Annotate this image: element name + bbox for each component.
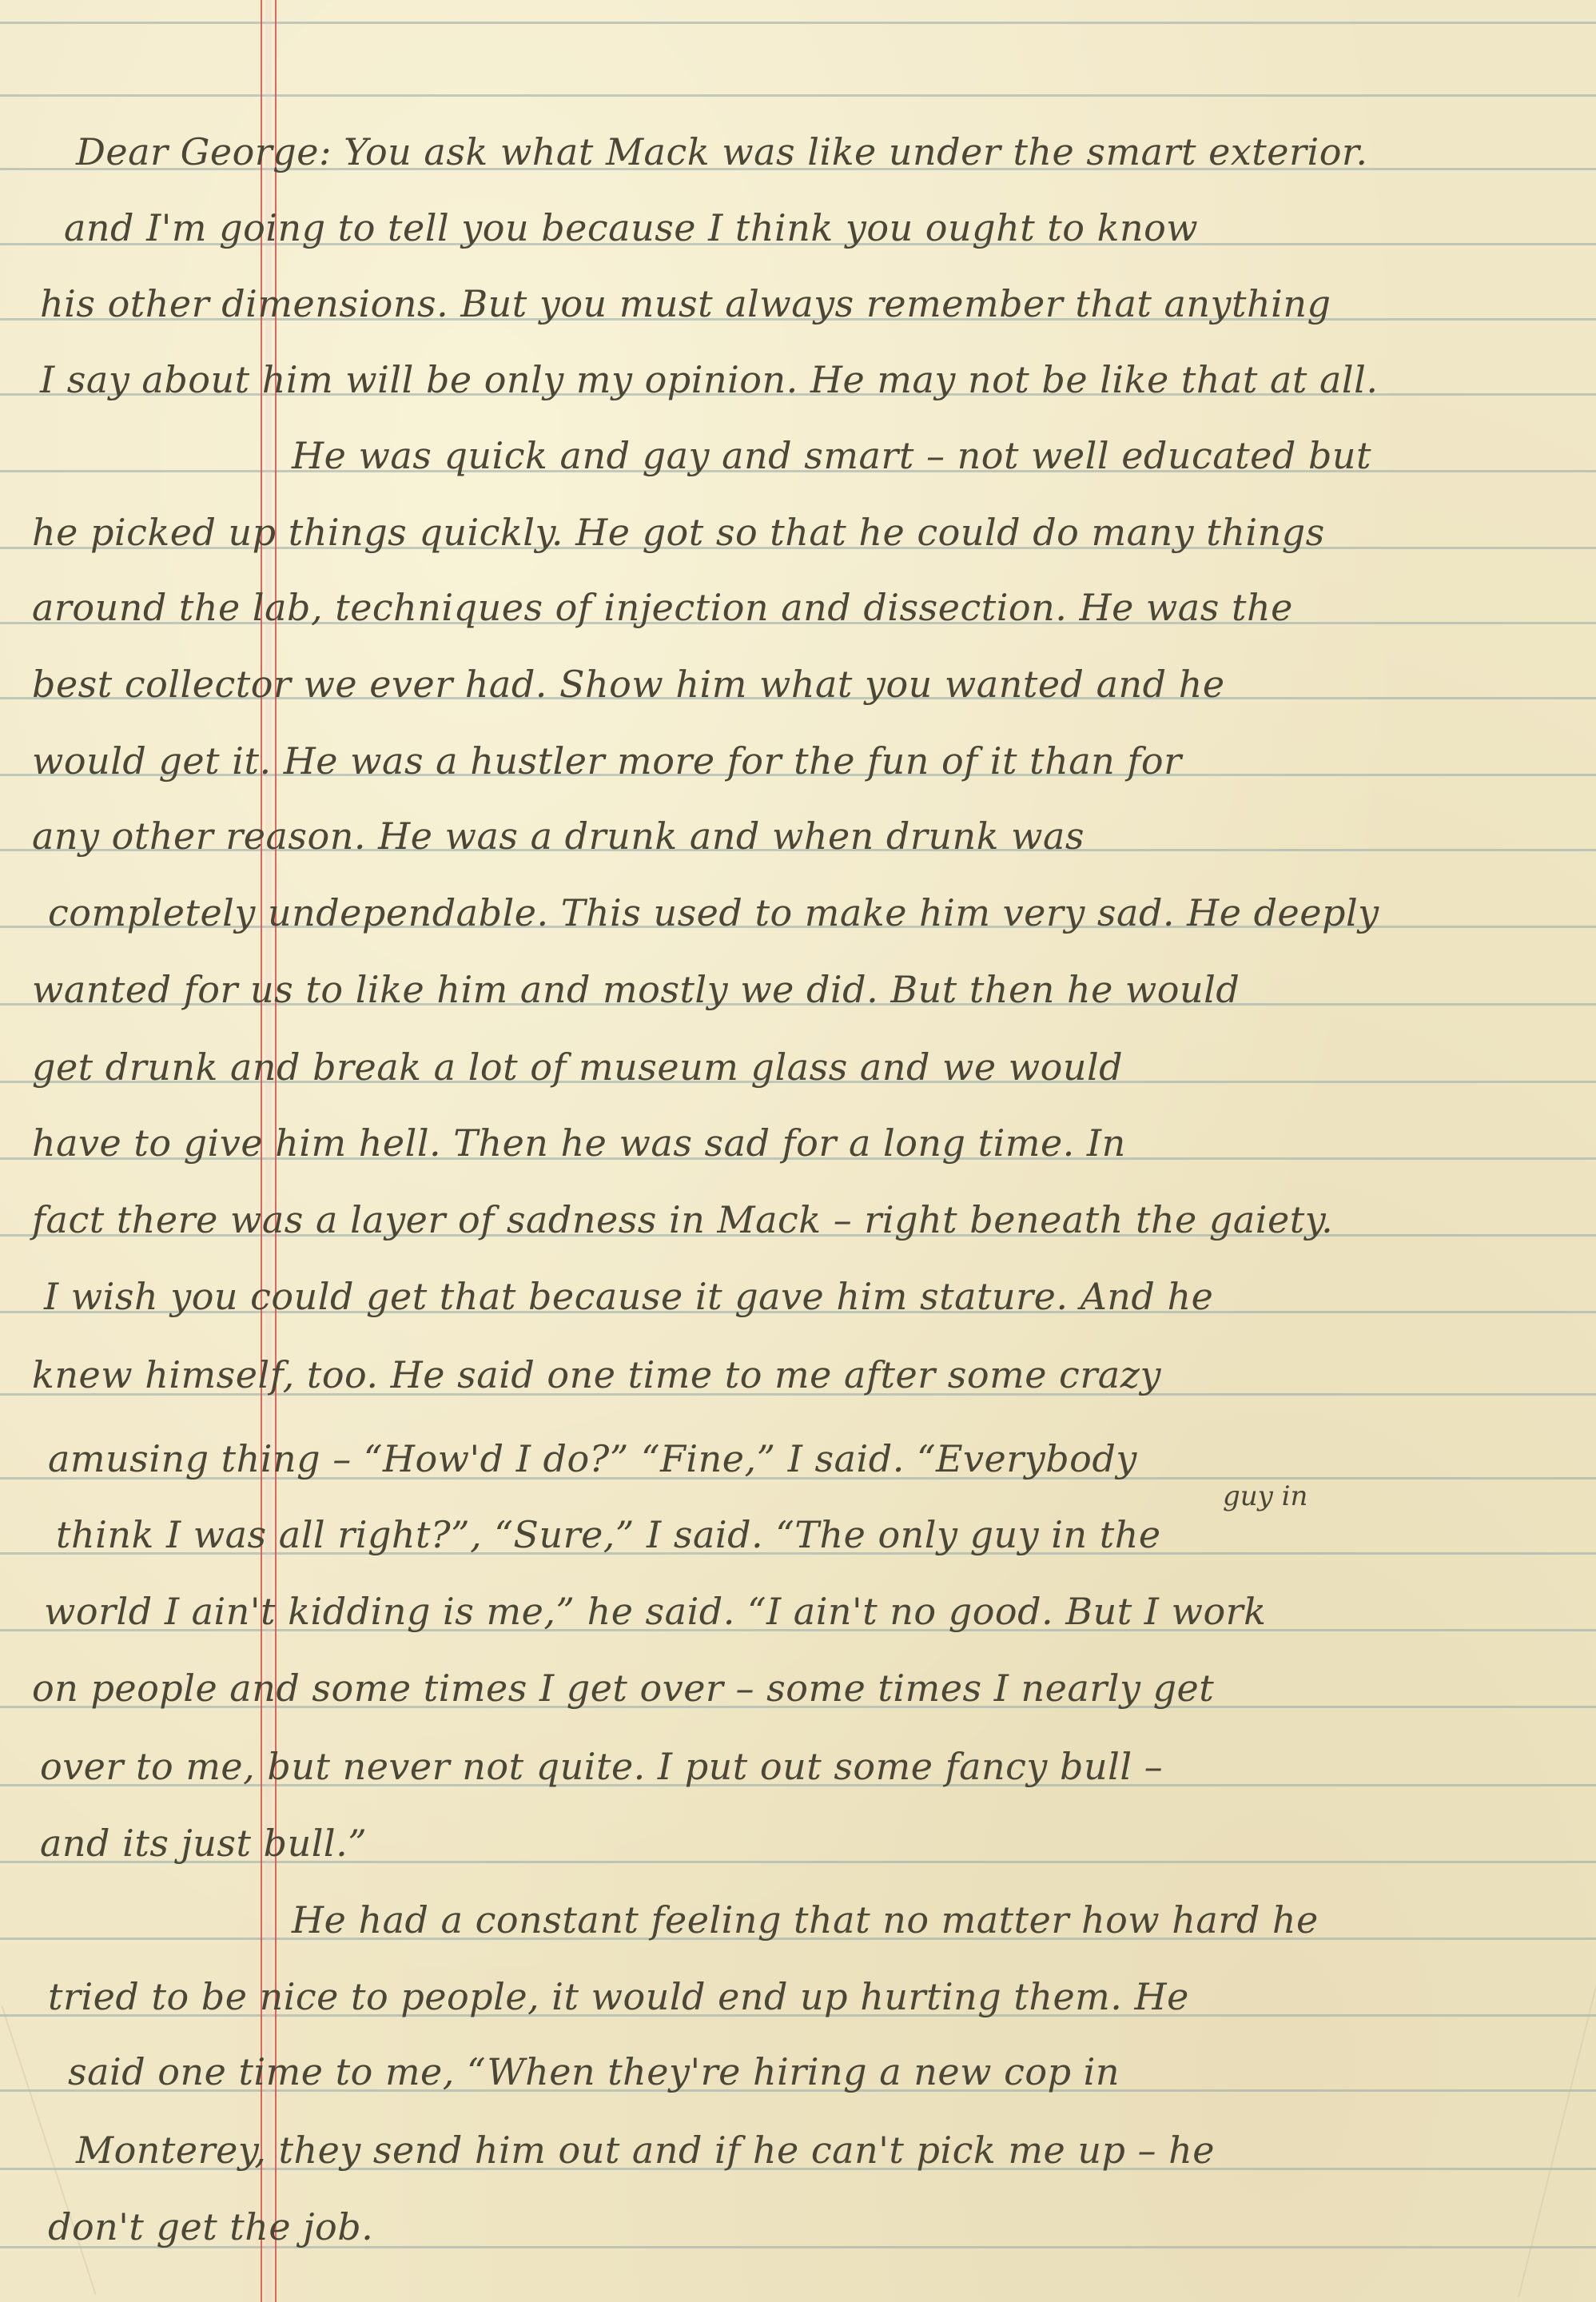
text-line: his other dimensions. But you must alway… (40, 280, 1572, 328)
text-line: get drunk and break a lot of museum glas… (32, 1043, 1572, 1091)
text-line: he picked up things quickly. He got so t… (32, 508, 1572, 556)
text-line: tried to be nice to people, it would end… (48, 1973, 1572, 2021)
text-line: I wish you could get that because it gav… (44, 1272, 1572, 1320)
text-line: around the lab, techniques of injection … (32, 583, 1572, 631)
text-line: world I ain't kidding is me,” he said. “… (44, 1587, 1572, 1635)
ruled-line (0, 94, 1596, 97)
text-line: any other reason. He was a drunk and whe… (32, 812, 1572, 860)
handwritten-insertion: guy in (1223, 1480, 1307, 1512)
text-line: would get it. He was a hustler more for … (32, 737, 1572, 785)
text-line: knew himself, too. He said one time to m… (32, 1351, 1572, 1399)
text-line: Monterey, they send him out and if he ca… (76, 2126, 1572, 2174)
text-line: have to give him hell. Then he was sad f… (32, 1119, 1572, 1167)
text-line: He had a constant feeling that no matter… (292, 1896, 1572, 1944)
text-line: and I'm going to tell you because I thin… (64, 204, 1572, 252)
text-line: over to me, but never not quite. I put o… (40, 1742, 1572, 1790)
text-line: amusing thing – “How'd I do?” “Fine,” I … (48, 1435, 1572, 1483)
text-line: fact there was a layer of sadness in Mac… (32, 1196, 1572, 1244)
text-line: Dear George: You ask what Mack was like … (76, 128, 1572, 176)
text-line: He was quick and gay and smart – not wel… (292, 432, 1572, 480)
text-line: on people and some times I get over – so… (32, 1664, 1572, 1712)
text-line: said one time to me, “When they're hirin… (68, 2048, 1572, 2096)
text-line: completely undependable. This used to ma… (48, 889, 1572, 937)
text-line: and its just bull.” (40, 1819, 1572, 1867)
text-line: think I was all right?”, “Sure,” I said.… (56, 1511, 1572, 1559)
text-line: best collector we ever had. Show him wha… (32, 660, 1572, 708)
text-line: I say about him will be only my opinion.… (40, 356, 1572, 404)
letter-page: Dear George: You ask what Mack was like … (0, 0, 1596, 2302)
ruled-line (0, 22, 1596, 24)
text-line: don't get the job. (48, 2203, 1572, 2251)
text-line: wanted for us to like him and mostly we … (32, 966, 1572, 1014)
